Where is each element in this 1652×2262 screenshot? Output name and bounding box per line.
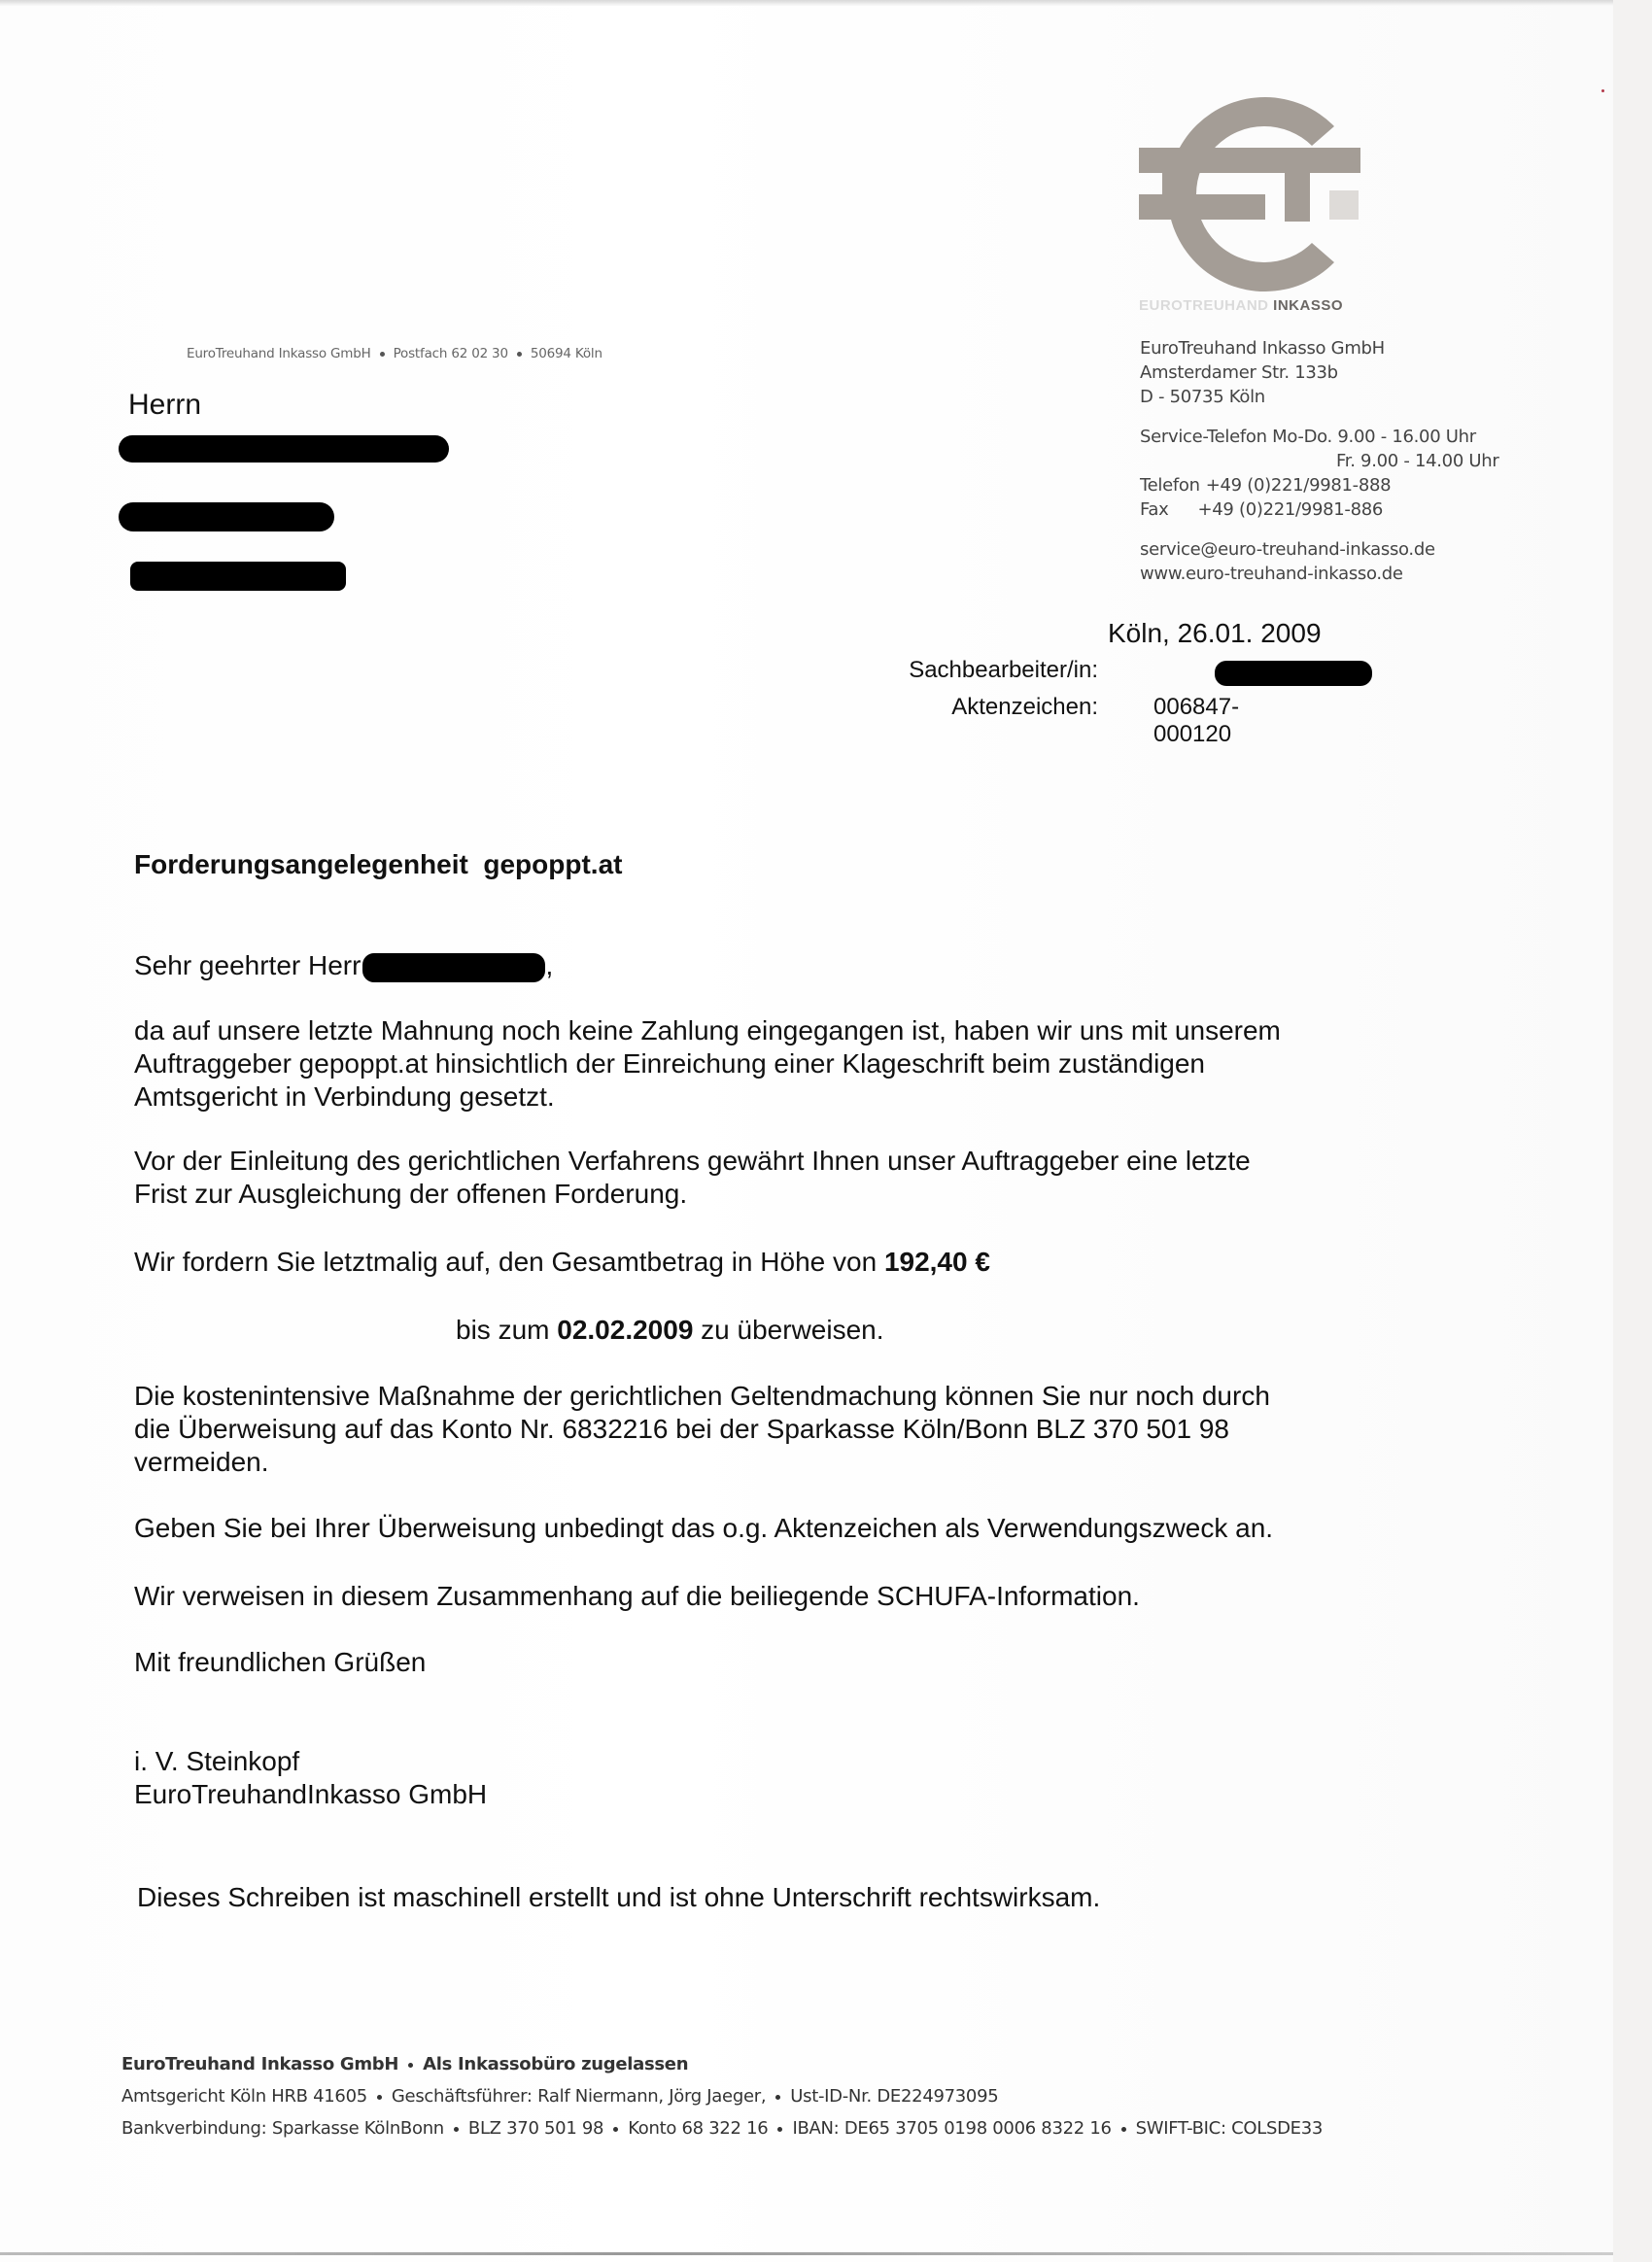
para1-line: Auftraggeber gepoppt.at hinsichtlich der… [134, 1047, 1436, 1080]
paragraph-6: Wir verweisen in diesem Zusammenhang auf… [134, 1580, 1436, 1613]
sender-company: EuroTreuhand Inkasso GmbH [187, 346, 371, 361]
letter-subject: Forderungsangelegenheit gepoppt.at [134, 849, 622, 880]
letter-footer: EuroTreuhand Inkasso GmbHAls Inkassobüro… [121, 2048, 1323, 2144]
deadline-prefix: bis zum [456, 1315, 557, 1345]
salutation-text: Sehr geehrter Herr [134, 950, 361, 980]
para4-line: vermeiden. [134, 1446, 1436, 1479]
signature-name: i. V. Steinkopf [134, 1745, 1436, 1778]
redacted-clerk-name [1215, 661, 1372, 686]
para2-line: Vor der Einleitung des gerichtlichen Ver… [134, 1145, 1436, 1178]
service-hours-friday: Fr. 9.00 - 14.00 Uhr [1140, 449, 1499, 473]
scan-edge-top [0, 0, 1652, 6]
redacted-surname [362, 953, 545, 982]
company-website: www.euro-treuhand-inkasso.de [1140, 562, 1499, 586]
footer-managers: Geschäftsführer: Ralf Niermann, Jörg Jae… [392, 2086, 766, 2107]
para4-line: die Überweisung auf das Konto Nr. 683221… [134, 1413, 1436, 1446]
footer-bic: SWIFT-BIC: COLSDE33 [1136, 2118, 1323, 2139]
para2-line: Frist zur Ausgleichung der offenen Forde… [134, 1178, 1436, 1211]
para1-line: da auf unsere letzte Mahnung noch keine … [134, 1014, 1436, 1047]
company-name: EuroTreuhand Inkasso GmbH [1140, 336, 1499, 360]
sender-postbox: Postfach 62 02 30 [394, 346, 508, 361]
footer-line-3: Bankverbindung: Sparkasse KölnBonnBLZ 37… [121, 2112, 1323, 2144]
bullet-icon [377, 2095, 382, 2100]
company-contact-block: EuroTreuhand Inkasso GmbH Amsterdamer St… [1140, 336, 1499, 586]
phone-number: +49 (0)221/9981-888 [1200, 475, 1392, 496]
redacted-recipient-name [119, 435, 449, 463]
fax-number: +49 (0)221/9981-886 [1168, 499, 1383, 520]
deadline-suffix: zu überweisen. [693, 1315, 883, 1345]
redacted-recipient-city [130, 562, 346, 591]
salutation-comma: , [545, 950, 553, 980]
signature-block: i. V. Steinkopf EuroTreuhandInkasso GmbH [134, 1745, 1436, 1811]
footer-bank: Bankverbindung: Sparkasse KölnBonn [121, 2118, 444, 2139]
deadline-line: bis zum 02.02.2009 zu überweisen. [456, 1314, 1652, 1347]
closing: Mit freundlichen Grüßen [134, 1646, 1436, 1679]
clerk-label: Sachbearbeiter/in: [807, 657, 1098, 684]
scan-speck [1601, 89, 1604, 92]
footer-company: EuroTreuhand Inkasso GmbH [121, 2054, 398, 2074]
bullet-icon [775, 2095, 780, 2100]
logo-caption-light: EUROTREUHAND [1139, 297, 1269, 314]
footer-vat-id: Ust-ID-Nr. DE224973095 [790, 2086, 998, 2107]
deadline-date: 02.02.2009 [557, 1315, 693, 1345]
scan-edge-right [1613, 0, 1652, 2262]
fax-row: Fax+49 (0)221/9981-886 [1140, 497, 1499, 522]
bullet-icon [777, 2127, 782, 2132]
paragraph-4: Die kostenintensive Maßnahme der gericht… [134, 1380, 1436, 1479]
bullet-icon [517, 352, 522, 357]
euro-treuhand-logo-icon [1135, 97, 1378, 291]
bullet-icon [1121, 2127, 1126, 2132]
bullet-icon [454, 2127, 459, 2132]
reference-label: Aktenzeichen: [807, 694, 1098, 721]
letter-salutation: Sehr geehrter Herr, [134, 950, 553, 982]
paragraph-5: Geben Sie bei Ihrer Überweisung unbeding… [134, 1512, 1436, 1545]
footer-line-1: EuroTreuhand Inkasso GmbHAls Inkassobüro… [121, 2048, 1323, 2080]
para4-line: Die kostenintensive Maßnahme der gericht… [134, 1380, 1436, 1413]
footer-register: Amtsgericht Köln HRB 41605 [121, 2086, 367, 2107]
service-hours-weekdays: Service-Telefon Mo-Do. 9.00 - 16.00 Uhr [1140, 425, 1499, 449]
bullet-icon [408, 2063, 413, 2068]
amount-prefix: Wir fordern Sie letztmalig auf, den Gesa… [134, 1247, 884, 1277]
letter-page: EUROTREUHAND INKASSO EuroTreuhand Inkass… [0, 0, 1652, 2262]
paragraph-2: Vor der Einleitung des gerichtlichen Ver… [134, 1145, 1436, 1211]
logo-caption: EUROTREUHAND INKASSO [1139, 297, 1343, 314]
sender-city: 50694 Köln [531, 346, 602, 361]
redacted-recipient-street [119, 502, 334, 531]
company-city: D - 50735 Köln [1140, 385, 1499, 409]
paragraph-3: Wir fordern Sie letztmalig auf, den Gesa… [134, 1246, 1436, 1279]
total-amount: 192,40 € [884, 1247, 990, 1277]
footer-account: Konto 68 322 16 [628, 2118, 768, 2139]
sender-return-address: EuroTreuhand Inkasso GmbHPostfach 62 02 … [187, 346, 602, 361]
reference-number: 006847-000120 [1153, 694, 1239, 748]
letter-date: Köln, 26.01. 2009 [1108, 618, 1322, 649]
fax-label: Fax [1140, 499, 1168, 520]
bullet-icon [613, 2127, 618, 2132]
paragraph-1: da auf unsere letzte Mahnung noch keine … [134, 1014, 1436, 1114]
legal-notice: Dieses Schreiben ist maschinell erstellt… [137, 1881, 1439, 1914]
signature-company: EuroTreuhandInkasso GmbH [134, 1778, 1436, 1811]
footer-iban: IBAN: DE65 3705 0198 0006 8322 16 [792, 2118, 1111, 2139]
para1-line: Amtsgericht in Verbindung gesetzt. [134, 1080, 1436, 1114]
phone-row: Telefon+49 (0)221/9981-888 [1140, 473, 1499, 497]
scan-edge-bottom [0, 2252, 1613, 2255]
footer-line-2: Amtsgericht Köln HRB 41605Geschäftsführe… [121, 2080, 1323, 2112]
footer-license: Als Inkassobüro zugelassen [423, 2054, 688, 2074]
phone-label: Telefon [1140, 475, 1200, 496]
logo-caption-dark: INKASSO [1273, 297, 1343, 314]
company-email: service@euro-treuhand-inkasso.de [1140, 537, 1499, 562]
company-street: Amsterdamer Str. 133b [1140, 360, 1499, 385]
footer-blz: BLZ 370 501 98 [468, 2118, 603, 2139]
bullet-icon [380, 352, 385, 357]
recipient-title: Herrn [128, 389, 201, 422]
